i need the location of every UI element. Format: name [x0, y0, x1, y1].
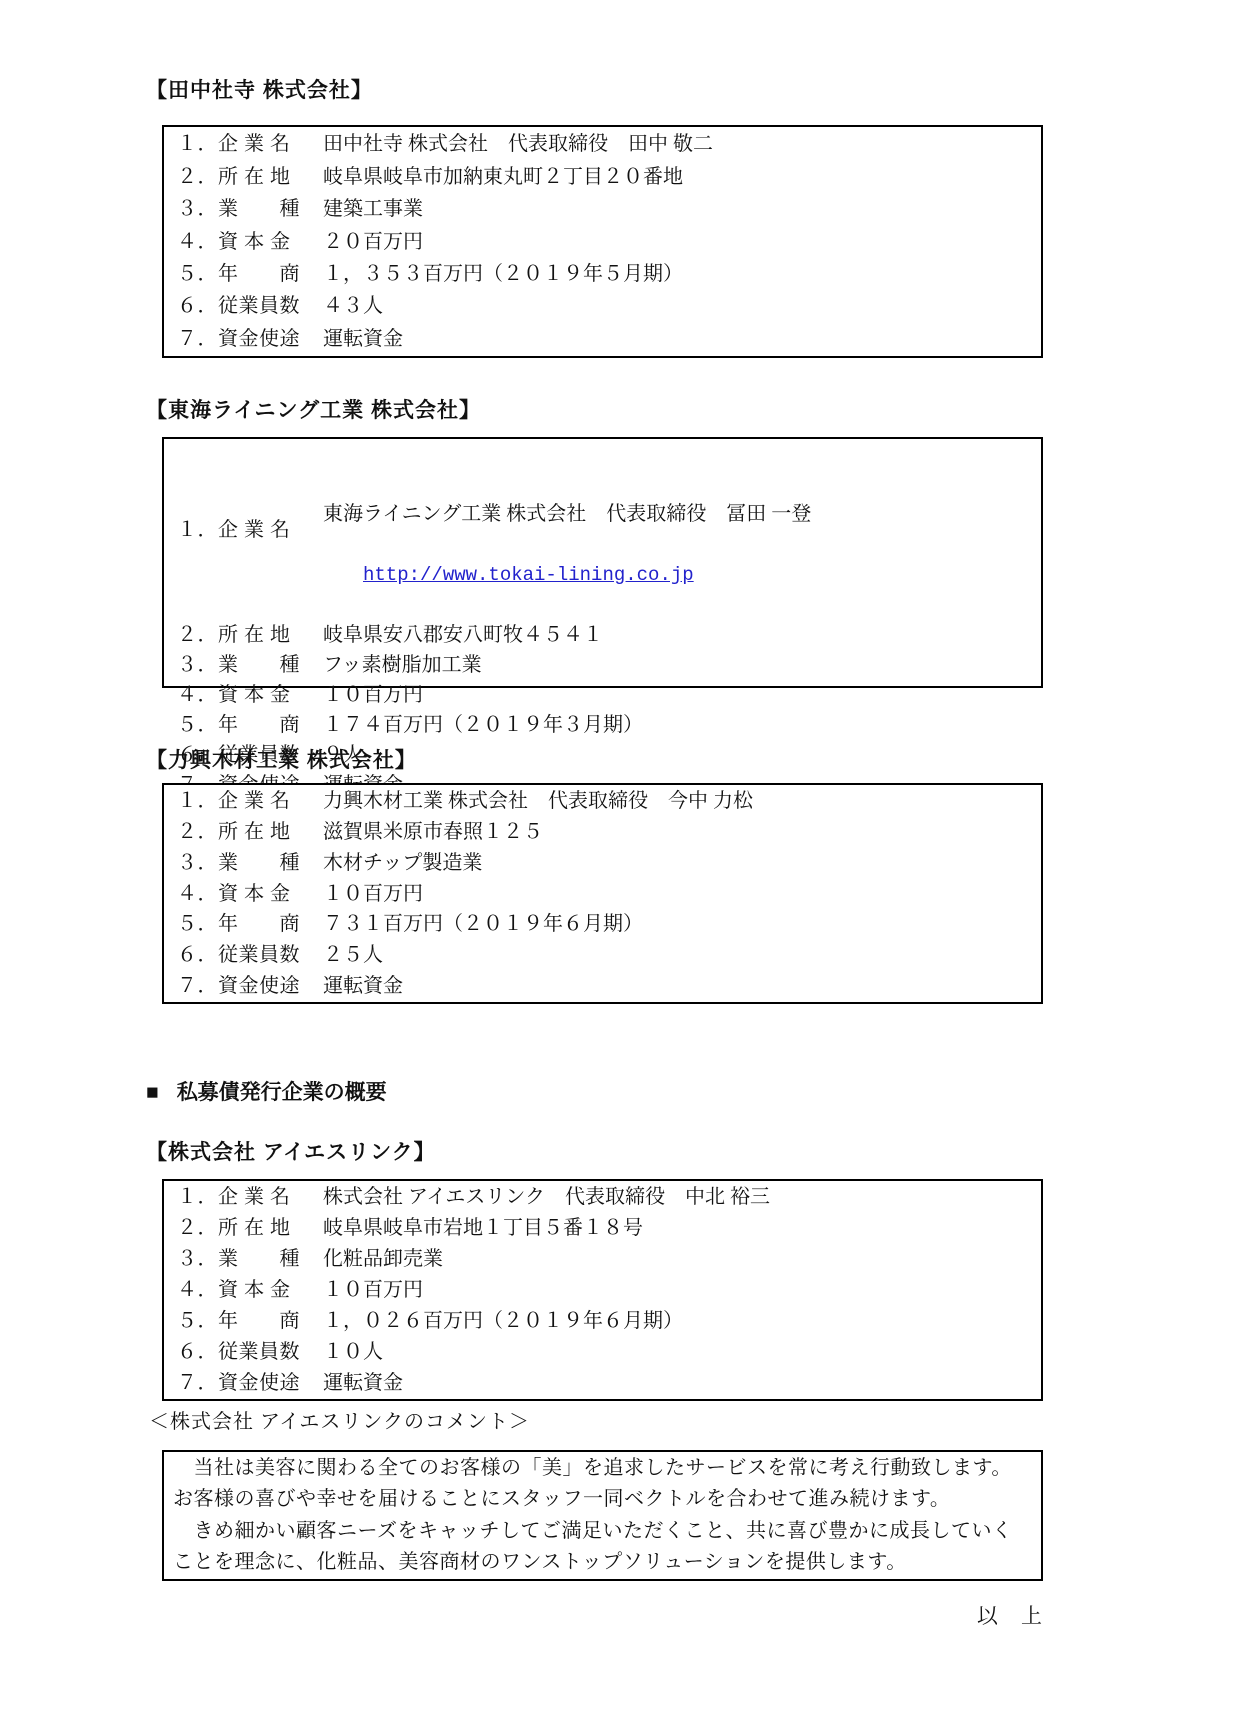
row-label: ６．従業員数 — [164, 1337, 323, 1367]
table-row: ２．所 在 地 岐阜県岐阜市加納東丸町２丁目２０番地 — [164, 162, 1041, 192]
table-row: ４．資 本 金 ２０百万円 — [164, 227, 1041, 257]
company-heading-rikiko-mokuzai: 【力興木材工業 株式会社】 — [146, 748, 417, 774]
comment-box: 当社は美容に関わる全てのお客様の「美」を追求したサービスを常に考え行動致します。… — [162, 1450, 1043, 1581]
company-name-line: 東海ライニング工業 株式会社 代表取締役 冨田 一登 — [323, 499, 1041, 529]
row-value: 岐阜県岐阜市加納東丸町２丁目２０番地 — [323, 162, 1041, 192]
table-row: ３．業 種 木材チップ製造業 — [164, 848, 1041, 878]
row-value: ９人 — [323, 740, 1041, 770]
table-row: ４．資 本 金 １０百万円 — [164, 680, 1041, 710]
comment-line: お客様の喜びや幸せを届けることにスタッフ一同ベクトルを合わせて進み続けます。 — [173, 1485, 1032, 1514]
row-value: 岐阜県安八郡安八町牧４５４１ — [323, 620, 1041, 650]
row-label: １．企 業 名 — [164, 1182, 323, 1212]
row-label: ７．資金使途 — [164, 1368, 323, 1398]
table-row: ３．業 種 フッ素樹脂加工業 — [164, 650, 1041, 680]
table-row: ５．年 商 ７３１百万円（２０１９年６月期） — [164, 909, 1041, 939]
row-label: ４．資 本 金 — [164, 879, 323, 909]
company-heading-tanaka-shaji: 【田中社寺 株式会社】 — [146, 78, 373, 104]
row-value: ２５人 — [323, 940, 1041, 970]
row-value: 木材チップ製造業 — [323, 848, 1041, 878]
row-label: ３．業 種 — [164, 650, 323, 680]
table-row: ７．資金使途 運転資金 — [164, 971, 1041, 1001]
row-value: １７４百万円（２０１９年３月期） — [323, 710, 1041, 740]
row-value: １，３５３百万円（２０１９年５月期） — [323, 259, 1041, 289]
table-row: ２．所 在 地 岐阜県岐阜市岩地１丁目５番１８号 — [164, 1213, 1041, 1243]
row-value: 化粧品卸売業 — [323, 1244, 1041, 1274]
row-value: 運転資金 — [323, 1368, 1041, 1398]
row-value: １０百万円 — [323, 879, 1041, 909]
table-row: ４．資 本 金 １０百万円 — [164, 879, 1041, 909]
row-label: ４．資 本 金 — [164, 1275, 323, 1305]
row-value: 建築工事業 — [323, 194, 1041, 224]
row-label: ５．年 商 — [164, 259, 323, 289]
row-label: ３．業 種 — [164, 194, 323, 224]
table-row: ２．所 在 地 滋賀県米原市春照１２５ — [164, 817, 1041, 847]
section-title: 私募債発行企業の概要 — [177, 1081, 387, 1104]
row-value: 運転資金 — [323, 324, 1041, 354]
row-label: ４．資 本 金 — [164, 227, 323, 257]
row-value: 株式会社 アイエスリンク 代表取締役 中北 裕三 — [323, 1182, 1041, 1212]
table-row: １．企 業 名 株式会社 アイエスリンク 代表取締役 中北 裕三 — [164, 1182, 1041, 1212]
table-row: ４．資 本 金 １０百万円 — [164, 1275, 1041, 1305]
row-label: ５．年 商 — [164, 1306, 323, 1336]
row-label: １．企 業 名 — [164, 129, 323, 159]
company-heading-islink: 【株式会社 アイエスリンク】 — [146, 1140, 436, 1166]
row-value: １０百万円 — [323, 680, 1041, 710]
comment-line: 当社は美容に関わる全てのお客様の「美」を追求したサービスを常に考え行動致します。 — [173, 1454, 1032, 1483]
row-label: ２．所 在 地 — [164, 162, 323, 192]
row-value: 田中社寺 株式会社 代表取締役 田中 敬二 — [323, 129, 1041, 159]
company-website-link[interactable]: http://www.tokai-lining.co.jp — [363, 560, 694, 590]
row-label: ２．所 在 地 — [164, 817, 323, 847]
row-label: ４．資 本 金 — [164, 680, 323, 710]
row-label: １．企 業 名 — [164, 515, 323, 545]
row-value: 滋賀県米原市春照１２５ — [323, 817, 1041, 847]
row-label: ５．年 商 — [164, 710, 323, 740]
row-value: 運転資金 — [323, 971, 1041, 1001]
square-bullet-icon: ■ — [146, 1080, 159, 1106]
row-label: ６．従業員数 — [164, 940, 323, 970]
table-row: ３．業 種 建築工事業 — [164, 194, 1041, 224]
row-label: ２．所 在 地 — [164, 1213, 323, 1243]
row-value: 東海ライニング工業 株式会社 代表取締役 冨田 一登 http://www.to… — [323, 439, 1041, 620]
row-value: 岐阜県岐阜市岩地１丁目５番１８号 — [323, 1213, 1041, 1243]
row-value: ７３１百万円（２０１９年６月期） — [323, 909, 1041, 939]
comment-line: きめ細かい顧客ニーズをキャッチしてご満足いただくこと、共に喜び豊かに成長していく — [173, 1517, 1032, 1546]
table-row: １．企 業 名 東海ライニング工業 株式会社 代表取締役 冨田 一登 http:… — [164, 439, 1041, 620]
table-row: ６．従業員数 １０人 — [164, 1337, 1041, 1367]
row-label: ５．年 商 — [164, 909, 323, 939]
section-heading: ■私募債発行企業の概要 — [146, 1080, 387, 1106]
row-value: ４３人 — [323, 291, 1041, 321]
table-row: ５．年 商 １，３５３百万円（２０１９年５月期） — [164, 259, 1041, 289]
table-row: ７．資金使途 運転資金 — [164, 1368, 1041, 1398]
table-row: １．企 業 名 田中社寺 株式会社 代表取締役 田中 敬二 — [164, 129, 1041, 159]
row-value: ２０百万円 — [323, 227, 1041, 257]
table-row: １．企 業 名 力興木材工業 株式会社 代表取締役 今中 力松 — [164, 786, 1041, 816]
row-value: フッ素樹脂加工業 — [323, 650, 1041, 680]
row-label: ３．業 種 — [164, 1244, 323, 1274]
row-value: 力興木材工業 株式会社 代表取締役 今中 力松 — [323, 786, 1041, 816]
row-value: １，０２６百万円（２０１９年６月期） — [323, 1306, 1041, 1336]
comment-line: ことを理念に、化粧品、美容商材のワンストップソリューションを提供します。 — [173, 1548, 1032, 1577]
table-row: ５．年 商 １，０２６百万円（２０１９年６月期） — [164, 1306, 1041, 1336]
row-label: ７．資金使途 — [164, 324, 323, 354]
table-row: ２．所 在 地 岐阜県安八郡安八町牧４５４１ — [164, 620, 1041, 650]
row-label: ２．所 在 地 — [164, 620, 323, 650]
comment-title: ＜株式会社 アイエスリンクのコメント＞ — [149, 1409, 530, 1435]
row-value: １０百万円 — [323, 1275, 1041, 1305]
company-table-rikiko-mokuzai: １．企 業 名 力興木材工業 株式会社 代表取締役 今中 力松 ２．所 在 地 … — [162, 783, 1043, 1004]
company-table-islink: １．企 業 名 株式会社 アイエスリンク 代表取締役 中北 裕三 ２．所 在 地… — [162, 1179, 1043, 1401]
company-table-tokai-lining: １．企 業 名 東海ライニング工業 株式会社 代表取締役 冨田 一登 http:… — [162, 437, 1043, 688]
table-row: ６．従業員数 ４３人 — [164, 291, 1041, 321]
company-table-tanaka-shaji: １．企 業 名 田中社寺 株式会社 代表取締役 田中 敬二 ２．所 在 地 岐阜… — [162, 125, 1043, 358]
table-row: ７．資金使途 運転資金 — [164, 324, 1041, 354]
row-label: ３．業 種 — [164, 848, 323, 878]
row-label: ６．従業員数 — [164, 291, 323, 321]
table-row: ３．業 種 化粧品卸売業 — [164, 1244, 1041, 1274]
table-row: ６．従業員数 ２５人 — [164, 940, 1041, 970]
document-page: 【田中社寺 株式会社】 １．企 業 名 田中社寺 株式会社 代表取締役 田中 敬… — [0, 0, 1234, 1713]
company-heading-tokai-lining: 【東海ライニング工業 株式会社】 — [146, 398, 481, 424]
table-row: ５．年 商 １７４百万円（２０１９年３月期） — [164, 710, 1041, 740]
closing-mark: 以 上 — [162, 1600, 1043, 1630]
row-label: １．企 業 名 — [164, 786, 323, 816]
row-value: １０人 — [323, 1337, 1041, 1367]
row-label: ７．資金使途 — [164, 971, 323, 1001]
